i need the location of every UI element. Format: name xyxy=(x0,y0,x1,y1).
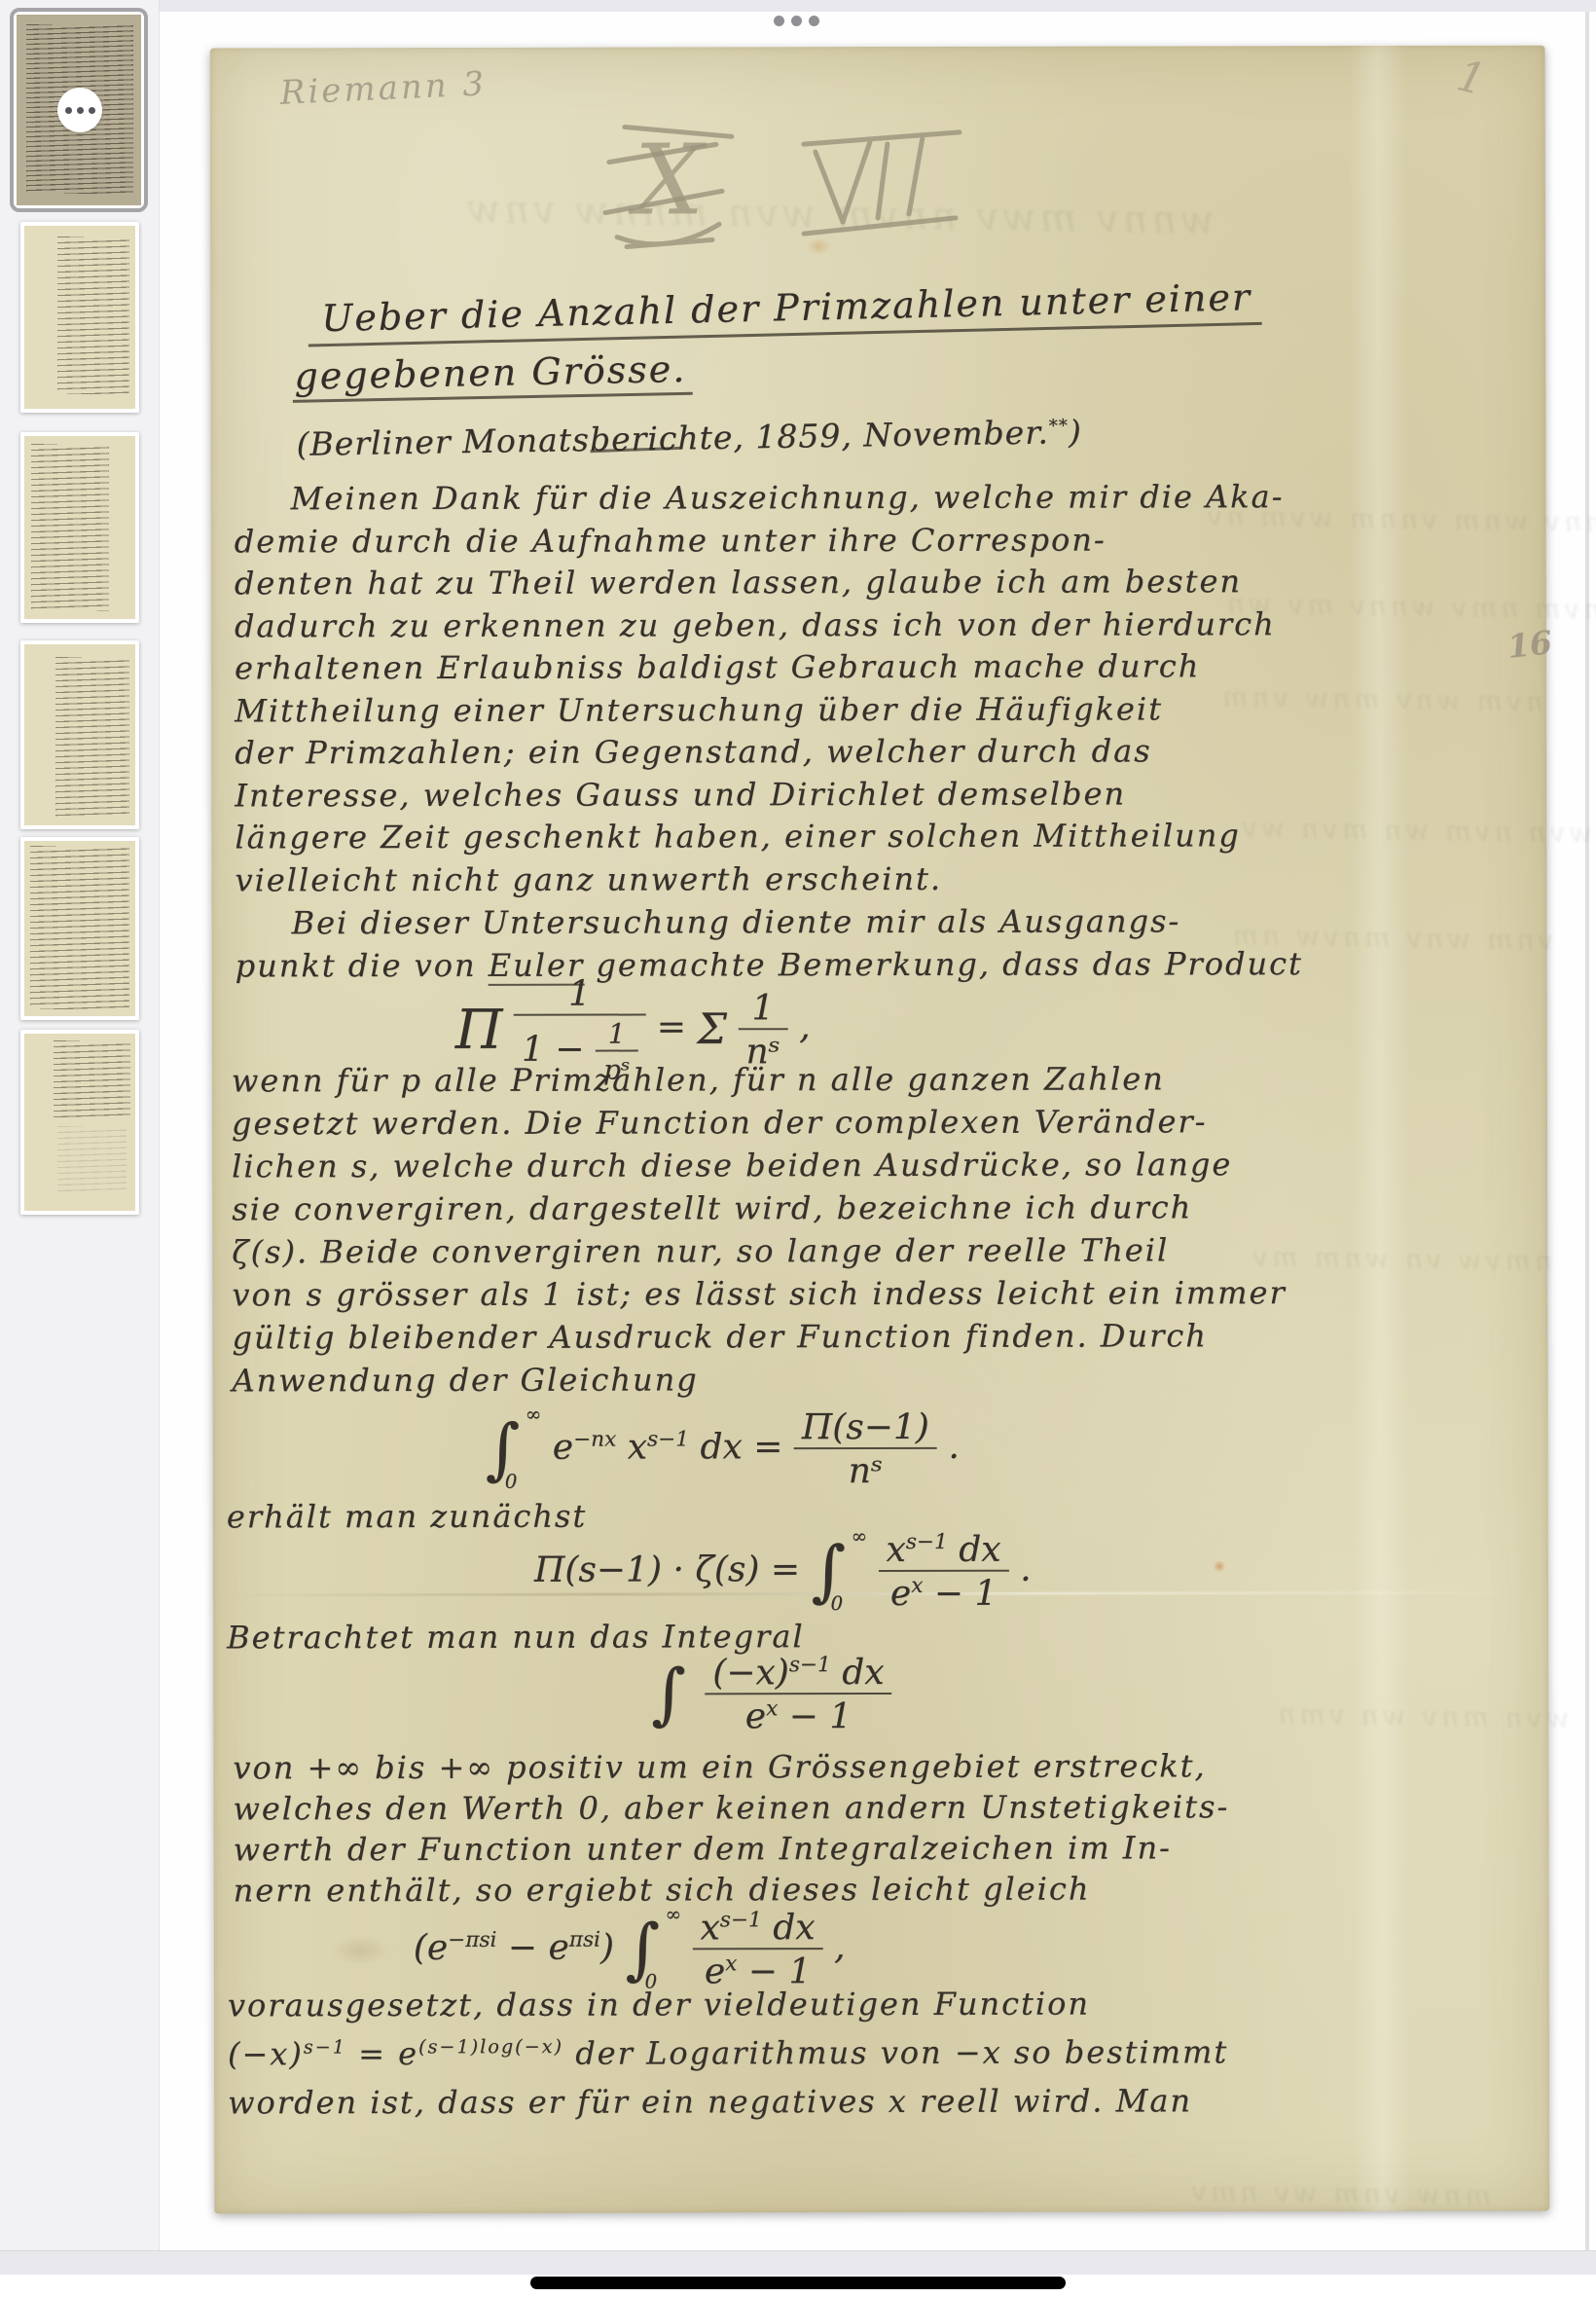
numerator: (−x)s−1 dx xyxy=(705,1653,891,1693)
numerator: 1 xyxy=(738,988,787,1028)
folio-number: 1 xyxy=(1452,51,1490,105)
upper-bound: ∞ xyxy=(666,1903,682,1925)
text-line: Anwendung der Gleichung xyxy=(232,1360,1286,1404)
dot xyxy=(774,16,784,26)
exponent: s−1 xyxy=(304,2035,346,2058)
thumbnail-page-image xyxy=(24,644,135,825)
denominator-text: − 1 xyxy=(923,1574,997,1614)
e-symbol: e xyxy=(553,1428,573,1468)
text-line: Mittheilung einer Untersuchung über die … xyxy=(235,690,1285,735)
text-line: dadurch zu erkennen zu geben, dass ich v… xyxy=(235,605,1285,650)
text-line-betrachtet: Betrachtet man nun das Integral xyxy=(227,1618,805,1656)
lower-bound: 0 xyxy=(505,1471,518,1493)
thumbnail-text-texture xyxy=(31,444,109,612)
thumbnail-more-button[interactable] xyxy=(57,88,102,132)
dot xyxy=(89,107,95,114)
subtitle-footnote-mark: ** xyxy=(1049,416,1069,436)
exponent: x xyxy=(766,1696,778,1721)
app-window: { "colors": { "sidebar_bg": "#f2f2f4", "… xyxy=(0,0,1596,2297)
numerator: xs−1 dx xyxy=(878,1530,1008,1570)
paragraph-3: wenn für p alle Primzahlen, für n alle g… xyxy=(232,1060,1287,1404)
e-symbol: e xyxy=(890,1574,911,1614)
dot xyxy=(791,16,802,26)
e-symbol: e xyxy=(745,1696,766,1736)
manuscript-page[interactable]: wnnv mwv nnvm wvn mnnw vnw mnv wnm vnnm … xyxy=(210,46,1550,2214)
upper-bound: ∞ xyxy=(526,1404,542,1426)
integral-with-bounds: ∫∞0 xyxy=(811,1539,867,1606)
zeta-function: ζ(s) xyxy=(695,1550,759,1589)
denominator: ex − 1 xyxy=(705,1693,891,1736)
close-paren: ) xyxy=(600,1928,626,1968)
dot xyxy=(77,107,84,114)
exponent: −πsi xyxy=(448,1928,496,1952)
text-line: nern enthält, so ergiebt sich dieses lei… xyxy=(234,1870,1230,1913)
equals-sign: = xyxy=(657,1007,698,1047)
text-line: denten hat zu Theil werden lassen, glaub… xyxy=(235,563,1285,607)
text-line: lichen s, welche durch diese beiden Ausd… xyxy=(232,1146,1286,1190)
integral-symbol: ∫ xyxy=(651,1656,686,1732)
zeta-integral-formula: Π(s−1) · ζ(s) = ∫∞0 xs−1 dxex − 1 . xyxy=(534,1530,1032,1615)
punctuation: , xyxy=(799,1007,811,1047)
subtitle-text: (Berliner Monatsberichte, 1859, November… xyxy=(296,413,1049,462)
text-line: der Primzahlen; ein Gegenstand, welcher … xyxy=(235,732,1285,777)
gamma-integral-formula: ∫∞0 e−nx xs−1 dx = Π(s−1)nˢ . xyxy=(486,1407,960,1492)
dx-symbol: dx xyxy=(700,1427,742,1467)
x-symbol: x xyxy=(886,1530,905,1570)
subtitle-close-paren: ) xyxy=(1069,413,1082,451)
ghost-writing: mnw vnm wv nmv xyxy=(1187,2175,1491,2212)
numeral-vii xyxy=(792,125,977,241)
text-line: gesetzt werden. Die Function der complex… xyxy=(232,1103,1286,1148)
upper-bound: ∞ xyxy=(852,1525,868,1548)
dx-symbol: dx xyxy=(831,1653,885,1693)
text-line: demie durch die Aufnahme unter ihre Corr… xyxy=(235,521,1285,565)
product-symbol: Π xyxy=(455,999,503,1062)
text-line: worden ist, dass er für ein negatives x … xyxy=(228,2082,1228,2133)
sidebar-thumbnail-2[interactable] xyxy=(20,222,139,413)
home-indicator[interactable] xyxy=(530,2277,1066,2289)
paper-stain xyxy=(331,1936,389,1965)
roman-numeral-vii-icon xyxy=(792,125,977,241)
viewer-right-edge xyxy=(1585,12,1589,2250)
integral: ∫ xyxy=(651,1661,694,1728)
text-segment: der Logarithmus von −x so bestimmt xyxy=(563,2033,1228,2071)
text-line: von s grösser als 1 ist; es lässt sich i… xyxy=(232,1274,1286,1319)
open-paren-e: (e xyxy=(414,1928,448,1968)
archive-number: 16 xyxy=(1505,623,1554,666)
text-line-erhaelt: erhält man zunächst xyxy=(227,1498,587,1536)
exponent: s−1 xyxy=(906,1530,948,1554)
numerator: 1 xyxy=(596,1018,638,1050)
fraction: xs−1 dxex − 1 xyxy=(878,1530,1008,1614)
pi-function: Π(s−1) xyxy=(534,1550,662,1589)
punctuation: . xyxy=(1020,1550,1032,1589)
thumbnail-text-texture xyxy=(30,846,130,1008)
punctuation: . xyxy=(948,1427,960,1467)
dot xyxy=(809,16,819,26)
equals-sign: = xyxy=(753,1427,794,1467)
thumbnail-text-texture xyxy=(55,657,129,817)
text-line: von +∞ bis +∞ positiv um ein Grössengebi… xyxy=(233,1747,1229,1790)
text-line: sie convergiren, dargestellt wird, bezei… xyxy=(232,1188,1286,1233)
struck-out-numeral: X xyxy=(598,115,753,256)
minus-e: − e xyxy=(496,1928,568,1968)
text-line: welches den Werth 0, aber keinen andern … xyxy=(233,1788,1229,1831)
ghost-writing: wvn mnv wn vmn xyxy=(1274,1698,1570,1735)
text-segment: punkt die von xyxy=(236,946,489,984)
manuscript-title-line-1: Ueber die Anzahl der Primzahlen unter ei… xyxy=(308,275,1262,347)
text-line: Interesse, welches Gauss und Dirichlet d… xyxy=(235,775,1285,820)
dx-symbol: dx xyxy=(948,1530,1001,1570)
exponent: x xyxy=(725,1951,737,1976)
denominator: ex − 1 xyxy=(879,1570,1009,1614)
manuscript-subtitle: (Berliner Monatsberichte, 1859, November… xyxy=(296,413,1082,463)
text-line-with-formula: (−x)s−1 = e(s−1)log(−x) der Logarithmus … xyxy=(228,2033,1228,2084)
sum-symbol: Σ xyxy=(697,1005,727,1054)
exponent: x xyxy=(911,1574,923,1598)
bottom-gray-band xyxy=(0,2250,1596,2276)
x-symbol: (−x) xyxy=(712,1653,789,1693)
text-line: vielleicht nicht ganz unwerth erscheint. xyxy=(235,859,1285,904)
text-line: wenn für p alle Primzahlen, für n alle g… xyxy=(232,1060,1286,1105)
dot-operator: · xyxy=(672,1550,695,1589)
thumbnail-sidebar xyxy=(0,0,160,2250)
thumbnail-text-texture xyxy=(57,237,129,394)
x-expression: (−x) xyxy=(228,2035,304,2072)
thumbnail-text-texture xyxy=(54,1040,131,1118)
paragraph-1: Meinen Dank für die Auszeichnung, welche… xyxy=(235,478,1286,903)
text-line: vorausgesetzt, dass in der vieldeutigen … xyxy=(228,1985,1228,2035)
contour-integral-formula: ∫ (−x)s−1 dxex − 1 xyxy=(651,1653,892,1737)
paragraph-5: vorausgesetzt, dass in der vieldeutigen … xyxy=(228,1985,1229,2133)
denominator-text: − 1 xyxy=(778,1696,852,1736)
fraction: Π(s−1)nˢ xyxy=(794,1407,937,1491)
paper-crease-vertical xyxy=(1349,46,1412,2211)
sidebar-thumbnail-3[interactable] xyxy=(20,432,139,623)
text-line: erhaltenen Erlaubniss baldigst Gebrauch … xyxy=(235,647,1285,692)
thumbnail-page-image xyxy=(24,841,135,1016)
punctuation: , xyxy=(834,1927,846,1967)
e-symbol: e xyxy=(398,2035,418,2072)
exponent: −nx xyxy=(573,1428,616,1452)
paragraph-4: von +∞ bis +∞ positiv um ein Grössengebi… xyxy=(233,1747,1229,1913)
thumbnail-page-image xyxy=(24,436,135,619)
integral-with-bounds: ∫∞0 xyxy=(486,1417,542,1484)
manuscript-title-line-2: gegebenen Grösse. xyxy=(292,347,693,403)
fraction: xs−1 dxex − 1 xyxy=(692,1908,822,1991)
ghost-writing: mwvn nvm wn mvn wv xyxy=(1238,812,1596,850)
text-line: gültig bleibender Ausdruck der Function … xyxy=(232,1317,1286,1362)
sidebar-thumbnail-5[interactable] xyxy=(20,837,139,1020)
exponent: s−1 xyxy=(789,1653,831,1677)
fraction: (−x)s−1 dxex − 1 xyxy=(705,1653,891,1736)
exponent: πsi xyxy=(569,1928,600,1952)
more-menu-icon[interactable] xyxy=(774,16,819,26)
pencil-note-riemann: Riemann 3 xyxy=(279,64,488,113)
lower-bound: 0 xyxy=(831,1592,844,1615)
exponent: (s−1)log(−x) xyxy=(418,2035,563,2058)
text-line: Bei dieser Untersuchung diente mir als A… xyxy=(236,902,1303,947)
numerator: 1 xyxy=(514,974,645,1014)
dx-symbol: dx xyxy=(762,1908,816,1948)
x-symbol: x xyxy=(700,1908,719,1948)
text-line: ζ(s). Beide convergiren nur, so lange de… xyxy=(232,1231,1286,1276)
x-symbol: x xyxy=(628,1428,647,1468)
numerator: xs−1 dx xyxy=(692,1908,822,1948)
denominator: nˢ xyxy=(794,1447,937,1491)
paper-stain xyxy=(1214,1560,1225,1572)
numeral-x-character: X xyxy=(635,123,704,237)
thumbnail-page-image xyxy=(24,1034,135,1211)
dot xyxy=(65,107,72,114)
fraction: 1nˢ xyxy=(738,988,788,1072)
thumbnail-page-image xyxy=(24,226,135,409)
sidebar-thumbnail-4[interactable] xyxy=(20,640,139,829)
integral-with-bounds: ∫∞0 xyxy=(625,1916,681,1984)
exponent: s−1 xyxy=(647,1427,689,1451)
equals-sign: = xyxy=(771,1550,812,1589)
exponent: s−1 xyxy=(720,1908,762,1932)
text-line: werth der Function unter dem Integralzei… xyxy=(234,1829,1230,1872)
equals-sign: = xyxy=(346,2035,398,2072)
numerator: Π(s−1) xyxy=(794,1407,937,1447)
exponential-factor-formula: (e−πsi − eπsi) ∫∞0 xs−1 dxex − 1 , xyxy=(414,1908,846,1992)
sidebar-thumbnail-6[interactable] xyxy=(20,1030,139,1215)
text-line: längere Zeit geschenkt haben, einer solc… xyxy=(235,817,1285,861)
window-top-strip xyxy=(0,0,1596,12)
thumbnail-text-texture-faint xyxy=(57,1126,127,1193)
ghost-writing: nmvw vn wnm mv xyxy=(1249,1240,1552,1277)
text-line: Meinen Dank für die Auszeichnung, welche… xyxy=(235,478,1285,523)
